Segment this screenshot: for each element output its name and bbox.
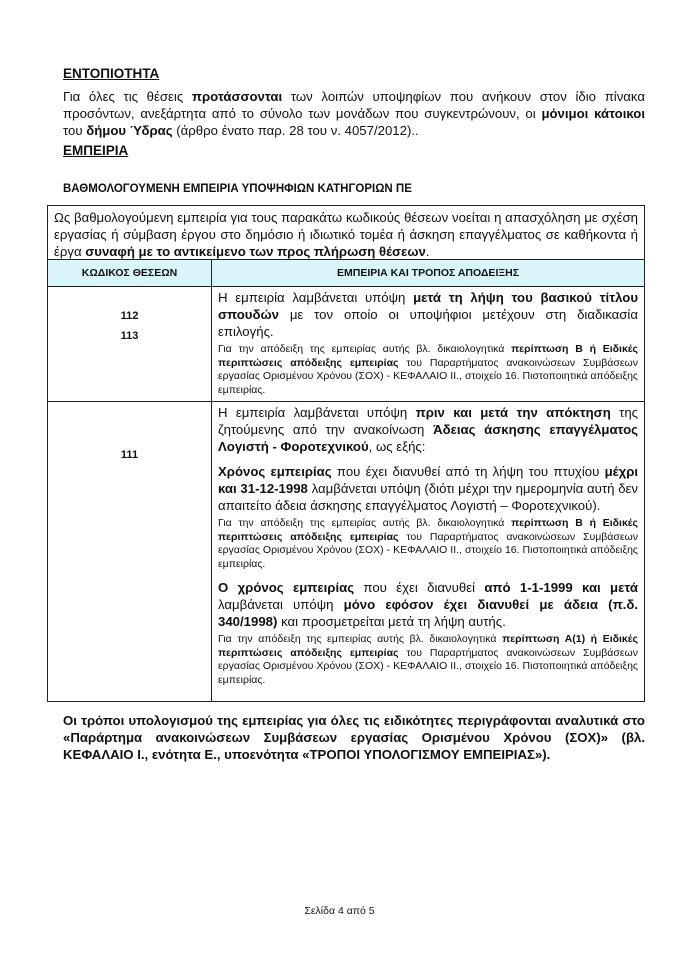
proof-reference: Για την απόδειξη της εμπειρίας αυτής βλ.… <box>218 517 638 571</box>
header-position-codes: ΚΩΔΙΚΟΣ ΘΕΣΕΩΝ <box>48 260 212 287</box>
position-codes-cell: 112113 <box>48 287 212 402</box>
table-row: 111Η εμπειρία λαμβάνεται υπόψη πριν και … <box>48 402 645 702</box>
experience-rule: Ο χρόνος εμπειρίας που έχει διανυθεί από… <box>218 579 638 630</box>
position-codes-cell: 111 <box>48 402 212 702</box>
proof-reference: Για την απόδειξη της εμπειρίας αυτής βλ.… <box>218 343 638 397</box>
table-row: 112113Η εμπειρία λαμβάνεται υπόψη μετά τ… <box>48 287 645 402</box>
page-number: Σελίδα 4 από 5 <box>0 905 679 917</box>
calculation-note: Οι τρόποι υπολογισμού της εμπειρίας για … <box>63 712 645 763</box>
position-code: 113 <box>49 330 210 342</box>
position-code: 112 <box>49 310 210 322</box>
experience-subheading: ΒΑΘΜΟΛΟΓΟΥΜΕΝΗ ΕΜΠΕΙΡΙΑ ΥΠΟΨΗΦΙΩΝ ΚΑΤΗΓΟ… <box>63 183 412 195</box>
experience-rule: Η εμπειρία λαμβάνεται υπόψη πριν και μετ… <box>218 404 638 455</box>
experience-intro: Ως βαθμολογούμενη εμπειρία για τους παρα… <box>47 205 645 259</box>
experience-rule: Χρόνος εμπειρίας που έχει διανυθεί από τ… <box>218 463 638 514</box>
locality-paragraph: Για όλες τις θέσεις προτάσσονται των λοι… <box>63 88 645 139</box>
experience-description-cell: Η εμπειρία λαμβάνεται υπόψη πριν και μετ… <box>212 402 645 702</box>
header-experience-proof: ΕΜΠΕΙΡΙΑ ΚΑΙ ΤΡΟΠΟΣ ΑΠΟΔΕΙΞΗΣ <box>212 260 645 287</box>
experience-table: ΚΩΔΙΚΟΣ ΘΕΣΕΩΝ ΕΜΠΕΙΡΙΑ ΚΑΙ ΤΡΟΠΟΣ ΑΠΟΔΕ… <box>47 259 645 702</box>
heading-locality: ΕΝΤΟΠΙΟΤΗΤΑ <box>63 66 159 81</box>
proof-reference: Για την απόδειξη της εμπειρίας αυτής βλ.… <box>218 633 638 687</box>
table-header-row: ΚΩΔΙΚΟΣ ΘΕΣΕΩΝ ΕΜΠΕΙΡΙΑ ΚΑΙ ΤΡΟΠΟΣ ΑΠΟΔΕ… <box>48 260 645 287</box>
experience-rule: Η εμπειρία λαμβάνεται υπόψη μετά τη λήψη… <box>218 289 638 340</box>
experience-description-cell: Η εμπειρία λαμβάνεται υπόψη μετά τη λήψη… <box>212 287 645 402</box>
heading-experience: ΕΜΠΕΙΡΙΑ <box>63 143 128 158</box>
position-code: 111 <box>49 449 210 461</box>
